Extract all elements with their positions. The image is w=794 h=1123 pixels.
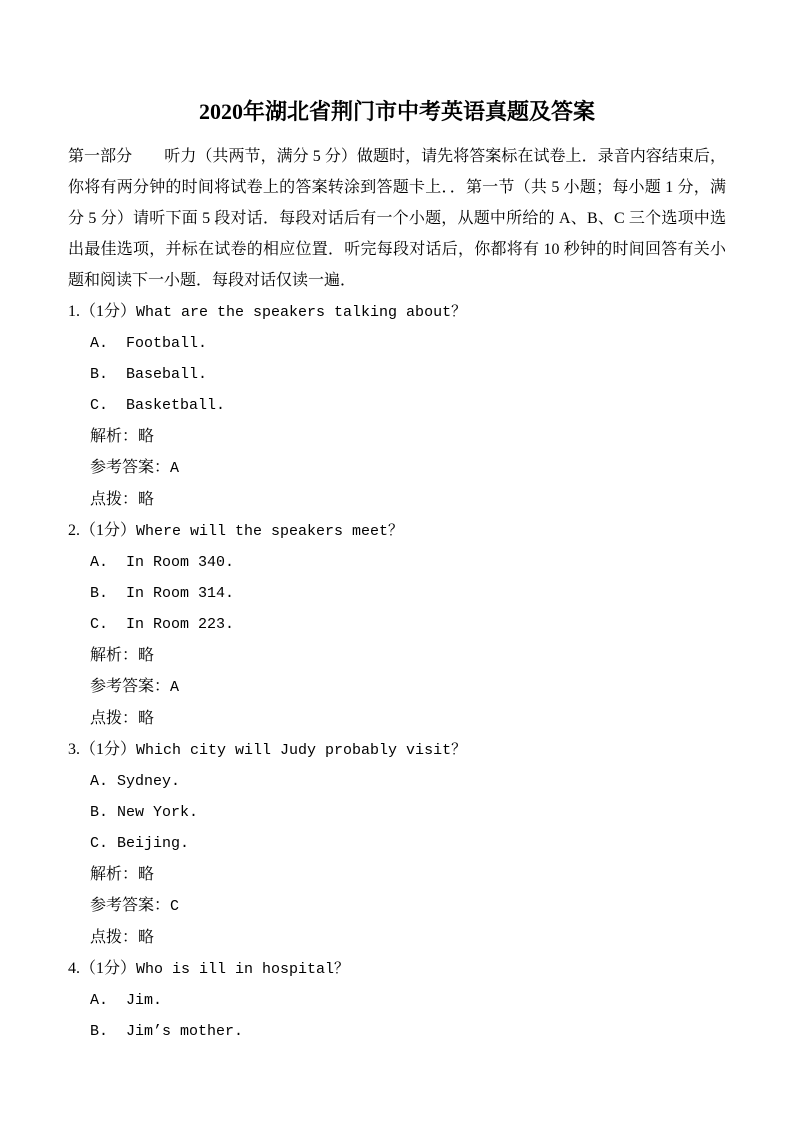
hint-value: 略: [138, 491, 154, 508]
question-3-line: 3.（1分）Which city will Judy probably visi…: [68, 734, 726, 766]
question-1-text: What are the speakers talking about？: [136, 304, 466, 321]
answer-value: A: [170, 679, 179, 696]
question-4-text: Who is ill in hospital？: [136, 961, 349, 978]
question-3-text: Which city will Judy probably visit？: [136, 742, 466, 759]
page-title: 2020年湖北省荆门市中考英语真题及答案: [68, 96, 726, 127]
answer-value: C: [170, 898, 179, 915]
document-page: 2020年湖北省荆门市中考英语真题及答案 第一部分 听力（共两节，满分 5 分）…: [0, 0, 794, 1123]
answer-value: A: [170, 460, 179, 477]
question-2-option-b: B. In Room 314.: [90, 578, 726, 609]
question-1-line: 1.（1分）What are the speakers talking abou…: [68, 296, 726, 328]
question-2-answer: 参考答案：A: [90, 671, 726, 703]
question-3-option-c: C. Beijing.: [90, 828, 726, 859]
question-3-option-a: A. Sydney.: [90, 766, 726, 797]
question-1-analysis: 解析：略: [90, 421, 726, 452]
question-1-answer: 参考答案：A: [90, 452, 726, 484]
hint-value: 略: [138, 710, 154, 727]
question-2-hint: 点拨：略: [90, 703, 726, 734]
answer-label: 参考答案：: [90, 678, 170, 695]
question-3-label: 3.（1分）: [68, 741, 136, 758]
analysis-label: 解析：: [90, 647, 138, 664]
question-4-option-a: A. Jim.: [90, 985, 726, 1016]
intro-text: 第一部分 听力（共两节，满分 5 分）做题时，请先将答案标在试卷上．录音内容结束…: [68, 148, 726, 289]
hint-label: 点拨：: [90, 491, 138, 508]
question-4: 4.（1分）Who is ill in hospital？ A. Jim. B.…: [68, 953, 726, 1047]
analysis-label: 解析：: [90, 428, 138, 445]
question-2-option-c: C. In Room 223.: [90, 609, 726, 640]
question-3-analysis: 解析：略: [90, 859, 726, 890]
question-1-option-a: A. Football.: [90, 328, 726, 359]
question-2-text: Where will the speakers meet？: [136, 523, 403, 540]
question-2-analysis: 解析：略: [90, 640, 726, 671]
answer-label: 参考答案：: [90, 459, 170, 476]
hint-label: 点拨：: [90, 710, 138, 727]
question-1-label: 1.（1分）: [68, 303, 136, 320]
question-1: 1.（1分）What are the speakers talking abou…: [68, 296, 726, 515]
analysis-value: 略: [138, 866, 154, 883]
question-4-label: 4.（1分）: [68, 960, 136, 977]
hint-value: 略: [138, 929, 154, 946]
question-3-answer: 参考答案：C: [90, 890, 726, 922]
intro-paragraph: 第一部分 听力（共两节，满分 5 分）做题时，请先将答案标在试卷上．录音内容结束…: [68, 141, 726, 296]
question-4-line: 4.（1分）Who is ill in hospital？: [68, 953, 726, 985]
question-2-line: 2.（1分）Where will the speakers meet？: [68, 515, 726, 547]
question-2-option-a: A. In Room 340.: [90, 547, 726, 578]
question-3-option-b: B. New York.: [90, 797, 726, 828]
analysis-value: 略: [138, 647, 154, 664]
answer-label: 参考答案：: [90, 897, 170, 914]
question-3-hint: 点拨：略: [90, 922, 726, 953]
question-1-hint: 点拨：略: [90, 484, 726, 515]
question-2-label: 2.（1分）: [68, 522, 136, 539]
question-4-option-b: B. Jim’s mother.: [90, 1016, 726, 1047]
hint-label: 点拨：: [90, 929, 138, 946]
analysis-value: 略: [138, 428, 154, 445]
question-1-option-c: C. Basketball.: [90, 390, 726, 421]
question-3: 3.（1分）Which city will Judy probably visi…: [68, 734, 726, 953]
question-2: 2.（1分）Where will the speakers meet？ A. I…: [68, 515, 726, 734]
question-1-option-b: B. Baseball.: [90, 359, 726, 390]
analysis-label: 解析：: [90, 866, 138, 883]
